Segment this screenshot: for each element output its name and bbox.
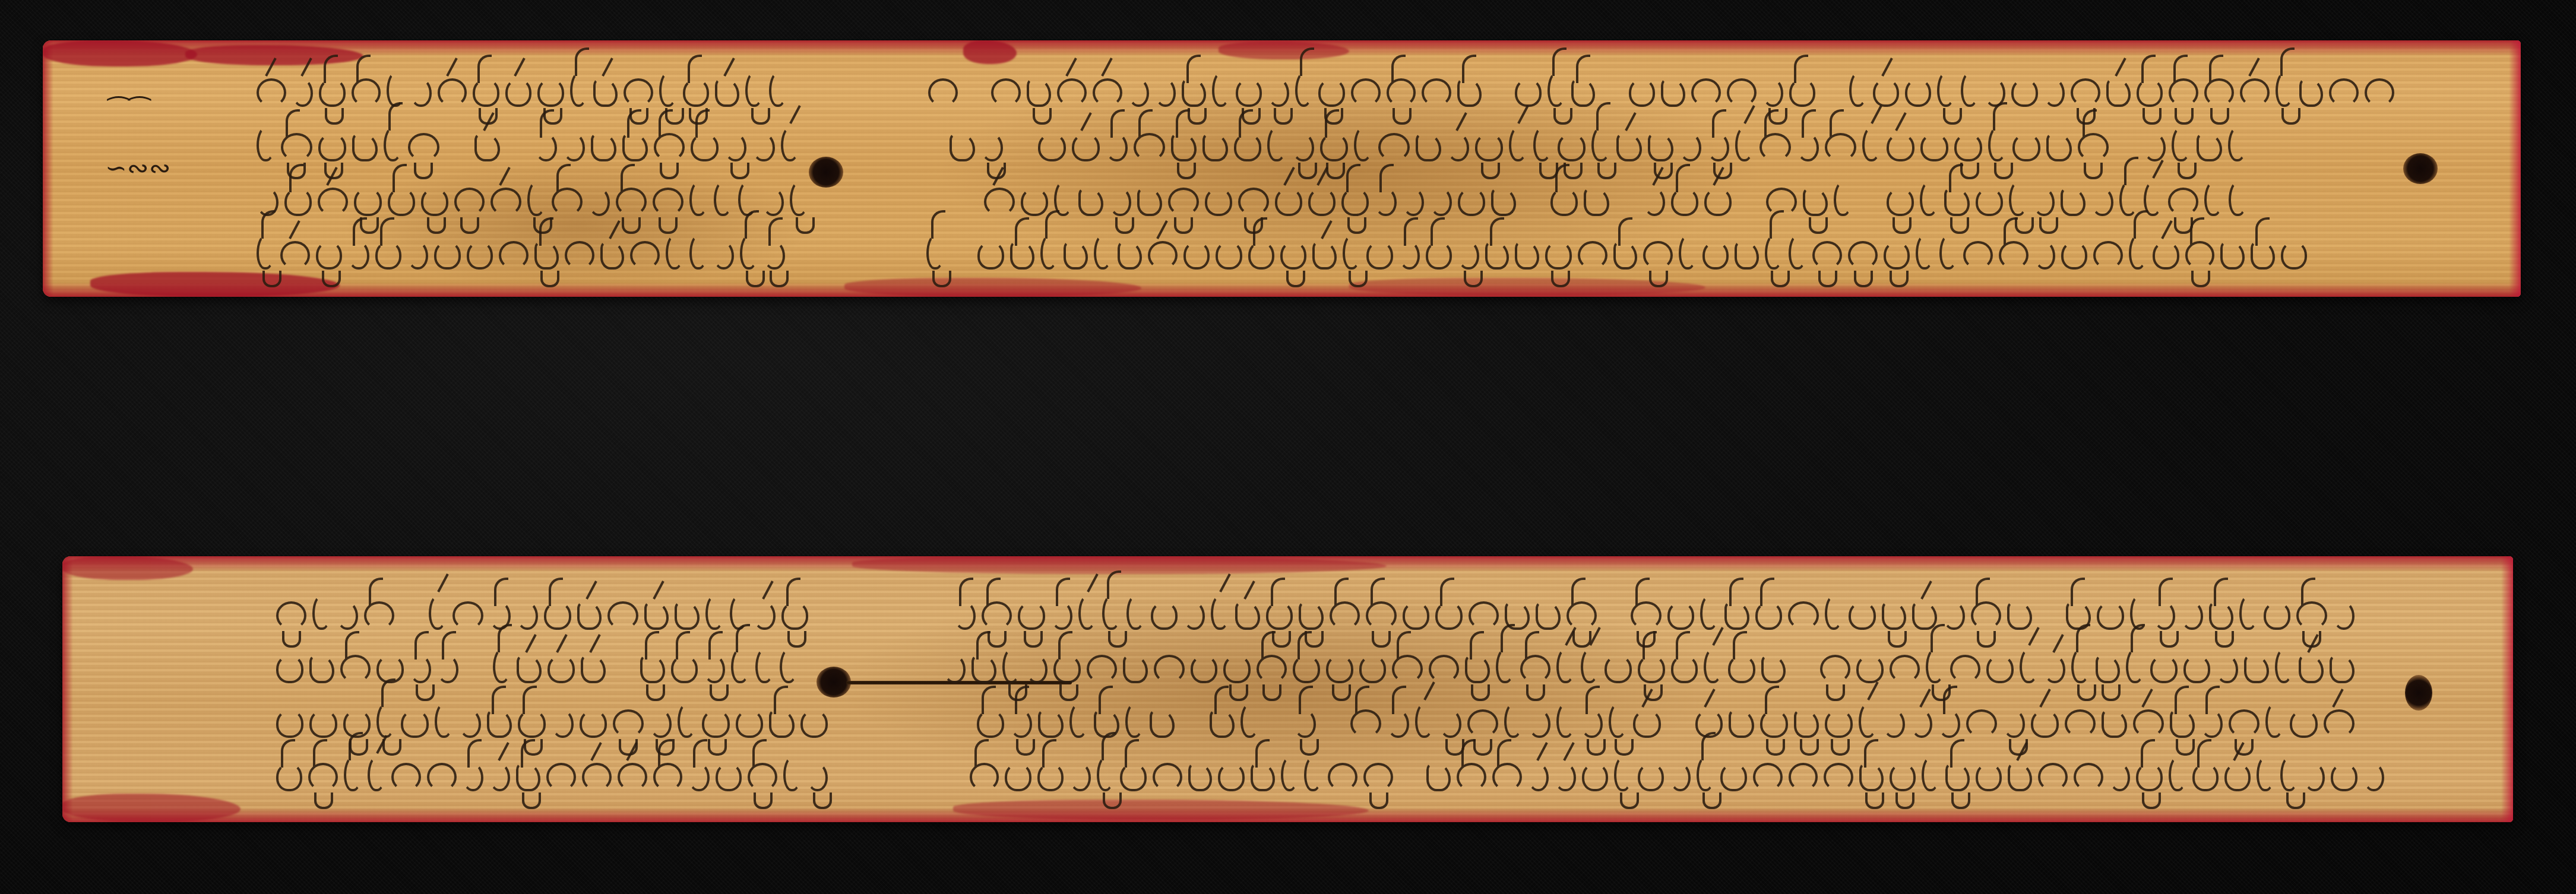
script-glyph xyxy=(2031,709,2058,738)
script-glyph xyxy=(1293,655,1320,683)
script-glyph xyxy=(1882,601,1907,630)
script-glyph xyxy=(1248,241,1274,270)
script-glyph xyxy=(2065,709,2096,738)
script-glyph xyxy=(1188,763,1213,791)
script-glyph xyxy=(1168,188,1199,216)
script-glyph xyxy=(1971,601,2001,630)
script-glyph xyxy=(1205,188,1232,216)
script-glyph xyxy=(1728,655,1755,683)
script-glyph xyxy=(2137,78,2163,107)
script-glyph xyxy=(622,133,648,161)
script-glyph xyxy=(1789,78,1815,107)
script-glyph xyxy=(1848,241,1878,270)
script-glyph xyxy=(1422,78,1451,107)
script-glyph xyxy=(1292,133,1314,161)
script-glyph xyxy=(2061,188,2086,216)
script-glyph xyxy=(1010,709,1032,738)
script-glyph xyxy=(1257,655,1287,683)
script-glyph xyxy=(1954,133,1982,161)
script-glyph xyxy=(1545,241,1571,270)
script-glyph xyxy=(1679,133,1701,161)
script-glyph xyxy=(2096,655,2121,683)
script-glyph xyxy=(352,78,381,107)
script-glyph xyxy=(410,78,431,107)
script-glyph xyxy=(1926,648,1944,683)
script-glyph xyxy=(1038,133,1066,161)
script-glyph xyxy=(1824,763,1853,791)
script-glyph xyxy=(705,594,724,630)
script-glyph xyxy=(630,241,660,270)
script-glyph xyxy=(1644,188,1666,216)
script-glyph xyxy=(600,241,625,270)
script-glyph xyxy=(659,71,677,107)
script-glyph xyxy=(613,709,644,738)
script-glyph xyxy=(715,78,739,107)
script-glyph xyxy=(368,756,385,791)
script-glyph xyxy=(1849,71,1867,107)
script-glyph xyxy=(2153,241,2179,270)
script-glyph xyxy=(1299,601,1324,630)
script-line-1 xyxy=(276,592,2355,630)
script-glyph xyxy=(1905,78,1931,107)
script-glyph xyxy=(731,648,749,683)
script-glyph xyxy=(1465,655,1490,683)
script-glyph xyxy=(537,78,564,107)
script-glyph xyxy=(1567,601,1597,630)
script-glyph xyxy=(1528,709,1550,738)
script-glyph xyxy=(2126,648,2144,683)
script-glyph xyxy=(489,763,510,791)
script-glyph xyxy=(740,234,758,270)
script-glyph xyxy=(1873,78,1899,107)
script-glyph xyxy=(689,180,708,216)
script-glyph xyxy=(1670,763,1691,791)
script-glyph xyxy=(1125,702,1144,738)
script-glyph xyxy=(1937,71,1955,107)
script-glyph xyxy=(2185,241,2215,270)
script-glyph xyxy=(2239,594,2258,630)
script-glyph xyxy=(1097,756,1115,791)
script-glyph xyxy=(2331,763,2357,791)
script-glyph xyxy=(429,594,447,630)
script-glyph xyxy=(1765,234,1783,270)
script-glyph xyxy=(1426,241,1452,270)
script-glyph xyxy=(1202,133,1228,161)
script-glyph xyxy=(2304,763,2325,791)
script-glyph xyxy=(970,763,999,791)
script-glyph xyxy=(1724,601,1749,630)
script-glyph xyxy=(2197,133,2222,161)
red-edge-right xyxy=(2509,40,2521,297)
script-glyph xyxy=(1862,126,1881,161)
script-glyph xyxy=(2044,655,2065,683)
script-glyph xyxy=(1238,188,1269,216)
script-glyph xyxy=(2299,655,2324,683)
script-glyph xyxy=(1938,709,1960,738)
script-glyph xyxy=(1027,78,1051,107)
script-glyph xyxy=(2074,763,2103,791)
script-glyph xyxy=(593,78,618,107)
script-glyph xyxy=(1026,655,1048,683)
script-glyph xyxy=(1037,763,1064,791)
script-glyph xyxy=(1268,78,1289,107)
script-glyph xyxy=(473,78,499,107)
script-glyph xyxy=(387,71,404,107)
script-glyph xyxy=(1235,601,1260,630)
script-glyph xyxy=(1094,234,1112,270)
script-glyph xyxy=(1354,126,1372,161)
script-glyph xyxy=(2012,133,2040,161)
script-glyph xyxy=(1702,241,1729,270)
script-glyph xyxy=(752,133,774,161)
script-glyph xyxy=(2154,601,2175,630)
script-glyph xyxy=(2324,709,2355,738)
script-glyph xyxy=(490,188,521,216)
script-glyph xyxy=(1884,241,1910,270)
script-glyph xyxy=(1154,655,1184,683)
script-glyph xyxy=(1825,594,1843,630)
script-glyph xyxy=(1212,71,1230,107)
script-glyph xyxy=(1735,241,1759,270)
script-glyph xyxy=(463,763,483,791)
script-glyph xyxy=(984,188,1015,216)
script-glyph xyxy=(2183,655,2211,683)
binding-hole-right xyxy=(2405,675,2432,711)
script-glyph xyxy=(1018,601,1045,630)
script-glyph xyxy=(1729,709,1754,738)
script-glyph xyxy=(1556,702,1575,738)
script-line-1 xyxy=(257,69,2394,107)
script-glyph xyxy=(2144,133,2166,161)
script-glyph xyxy=(1887,188,1914,216)
script-glyph xyxy=(1859,702,1877,738)
script-glyph xyxy=(1825,709,1852,738)
script-glyph xyxy=(2003,709,2025,738)
script-glyph xyxy=(1753,763,1783,791)
script-glyph xyxy=(678,702,696,738)
script-glyph xyxy=(1171,133,1197,161)
script-glyph xyxy=(427,763,457,791)
script-glyph xyxy=(493,648,511,683)
script-glyph xyxy=(977,709,1004,738)
script-glyph xyxy=(1890,655,1920,683)
script-glyph xyxy=(755,648,774,683)
script-glyph xyxy=(1697,756,1714,791)
script-glyph xyxy=(654,133,685,161)
script-glyph xyxy=(2192,763,2219,791)
script-glyph xyxy=(552,709,574,738)
script-glyph xyxy=(1326,655,1353,683)
script-glyph xyxy=(452,601,483,630)
script-glyph xyxy=(1308,188,1336,216)
script-glyph xyxy=(807,763,828,791)
script-glyph xyxy=(1151,601,1178,630)
script-glyph xyxy=(1496,648,1514,683)
script-line-3 xyxy=(276,700,2355,738)
script-glyph xyxy=(2204,180,2223,216)
script-glyph xyxy=(1945,763,1970,791)
script-glyph xyxy=(1912,601,1937,630)
script-glyph xyxy=(2209,601,2234,630)
script-glyph xyxy=(650,709,672,738)
script-glyph xyxy=(1825,133,1856,161)
script-glyph xyxy=(1631,601,1661,630)
script-glyph xyxy=(1533,126,1552,161)
script-glyph xyxy=(1294,709,1316,738)
script-glyph xyxy=(1078,594,1097,630)
script-glyph xyxy=(1183,601,1205,630)
script-glyph xyxy=(1426,763,1451,791)
script-glyph xyxy=(577,601,602,630)
script-glyph xyxy=(1581,648,1599,683)
script-glyph xyxy=(1755,601,1783,630)
script-glyph xyxy=(1109,188,1131,216)
script-glyph xyxy=(591,133,616,161)
script-glyph xyxy=(2169,756,2186,791)
script-glyph xyxy=(364,601,394,630)
script-glyph xyxy=(977,241,1004,270)
script-glyph xyxy=(1072,133,1100,161)
script-glyph xyxy=(582,763,612,791)
script-glyph xyxy=(1691,78,1721,107)
script-glyph xyxy=(2257,756,2274,791)
script-glyph xyxy=(1613,241,1638,270)
script-glyph xyxy=(1021,188,1048,216)
script-glyph xyxy=(276,655,303,683)
script-glyph xyxy=(563,133,585,161)
script-glyph xyxy=(474,133,500,161)
script-glyph xyxy=(689,234,707,270)
script-glyph xyxy=(517,655,542,683)
script-glyph xyxy=(2046,133,2072,161)
script-glyph xyxy=(1761,655,1786,683)
script-glyph xyxy=(1240,702,1259,738)
script-glyph xyxy=(1359,655,1387,683)
script-glyph xyxy=(2097,601,2124,630)
script-glyph xyxy=(762,188,784,216)
script-glyph xyxy=(2299,78,2324,107)
script-glyph xyxy=(713,241,734,270)
script-glyph xyxy=(410,655,431,683)
script-glyph xyxy=(1363,763,1393,791)
script-glyph xyxy=(499,241,529,270)
script-glyph xyxy=(1638,763,1664,791)
script-glyph xyxy=(1760,709,1787,738)
script-glyph xyxy=(991,78,1021,107)
script-glyph xyxy=(714,180,732,216)
script-glyph xyxy=(1950,655,1980,683)
script-glyph xyxy=(1667,601,1695,630)
script-glyph xyxy=(437,655,458,683)
script-glyph xyxy=(1038,709,1064,738)
script-glyph xyxy=(1343,234,1360,270)
script-glyph xyxy=(527,180,546,216)
script-glyph xyxy=(1961,71,1979,107)
script-glyph xyxy=(981,133,1003,161)
script-glyph xyxy=(1120,763,1146,791)
script-glyph xyxy=(1794,709,1819,738)
red-edge-left xyxy=(43,40,53,297)
script-glyph xyxy=(1403,601,1430,630)
script-glyph xyxy=(318,188,349,216)
script-glyph xyxy=(644,601,669,630)
script-glyph xyxy=(1191,655,1218,683)
script-glyph xyxy=(1210,709,1235,738)
script-glyph xyxy=(552,188,583,216)
script-glyph xyxy=(535,133,557,161)
script-glyph xyxy=(1988,126,2007,161)
script-glyph xyxy=(1911,709,1933,738)
script-glyph xyxy=(1556,648,1575,683)
script-glyph xyxy=(1040,234,1058,270)
script-glyph xyxy=(1469,601,1499,630)
script-glyph xyxy=(308,763,338,791)
script-glyph xyxy=(683,78,709,107)
script-glyph xyxy=(1591,126,1610,161)
script-glyph xyxy=(1735,126,1754,161)
script-glyph xyxy=(982,601,1012,630)
script-glyph xyxy=(388,188,415,216)
script-glyph xyxy=(280,241,310,270)
script-glyph xyxy=(1548,71,1565,107)
script-glyph xyxy=(1183,241,1210,270)
script-glyph xyxy=(2181,601,2202,630)
script-glyph xyxy=(1922,756,1939,791)
script-glyph xyxy=(640,655,665,683)
script-glyph xyxy=(1106,133,1128,161)
script-glyph xyxy=(1920,133,1948,161)
script-glyph xyxy=(1236,78,1262,107)
script-glyph xyxy=(2011,78,2037,107)
script-glyph xyxy=(284,188,312,216)
script-glyph xyxy=(1118,241,1142,270)
script-glyph xyxy=(375,241,401,270)
script-glyph xyxy=(1281,756,1299,791)
script-glyph xyxy=(1387,709,1409,738)
script-glyph xyxy=(1890,763,1916,791)
script-glyph xyxy=(702,709,729,738)
script-glyph xyxy=(2106,78,2131,107)
script-glyph xyxy=(1087,655,1117,683)
script-glyph xyxy=(534,241,559,270)
red-edge-right xyxy=(2501,556,2513,822)
script-glyph xyxy=(1064,241,1088,270)
script-glyph xyxy=(1584,188,1609,216)
script-glyph xyxy=(407,241,428,270)
script-glyph xyxy=(1267,126,1286,161)
script-glyph xyxy=(376,702,395,738)
script-glyph xyxy=(1638,655,1665,683)
script-glyph xyxy=(548,655,575,683)
script-glyph xyxy=(1458,241,1479,270)
script-glyph xyxy=(790,180,808,216)
script-glyph xyxy=(1312,241,1337,270)
script-glyph xyxy=(1378,133,1410,161)
script-glyph xyxy=(2276,71,2293,107)
script-glyph xyxy=(435,702,453,738)
script-glyph xyxy=(691,133,719,161)
script-glyph xyxy=(944,655,965,683)
script-glyph xyxy=(1341,188,1369,216)
script-glyph xyxy=(434,241,460,270)
script-glyph xyxy=(1182,78,1206,107)
script-glyph xyxy=(1475,133,1503,161)
script-glyph xyxy=(487,709,512,738)
red-edge-left xyxy=(62,556,73,822)
script-glyph xyxy=(1916,234,1933,270)
script-glyph xyxy=(421,188,448,216)
script-glyph xyxy=(2038,763,2068,791)
script-glyph xyxy=(2007,601,2032,630)
script-glyph xyxy=(1571,78,1596,107)
script-glyph xyxy=(736,709,763,738)
script-glyph xyxy=(1616,133,1642,161)
script-glyph xyxy=(769,709,795,738)
script-glyph xyxy=(1550,188,1578,216)
script-glyph xyxy=(1727,78,1757,107)
script-glyph xyxy=(2172,126,2190,161)
script-glyph xyxy=(1789,763,1818,791)
script-glyph xyxy=(2150,655,2178,683)
script-glyph xyxy=(781,126,799,161)
script-glyph xyxy=(971,655,996,683)
script-glyph xyxy=(716,763,742,791)
script-glyph xyxy=(1939,234,1957,270)
script-glyph xyxy=(2020,648,2038,683)
script-glyph xyxy=(1943,601,1964,630)
script-line-4 xyxy=(276,753,2384,791)
script-glyph xyxy=(2091,188,2113,216)
script-glyph xyxy=(1330,601,1360,630)
script-glyph xyxy=(928,78,958,107)
script-glyph xyxy=(1429,655,1459,683)
script-glyph xyxy=(1211,594,1229,630)
script-glyph xyxy=(2216,655,2238,683)
script-glyph xyxy=(1528,763,1549,791)
script-glyph xyxy=(257,78,286,107)
script-glyph xyxy=(2201,709,2223,738)
script-glyph xyxy=(401,709,428,738)
script-glyph xyxy=(2264,601,2291,630)
script-glyph xyxy=(1966,709,1997,738)
script-glyph xyxy=(1491,188,1516,216)
script-glyph xyxy=(781,601,809,630)
script-glyph xyxy=(2228,126,2246,161)
script-glyph xyxy=(607,601,638,630)
script-glyph xyxy=(1093,78,1122,107)
palm-leaf-manuscript-top: ⁀⁀ ∽∾∾ xyxy=(43,40,2521,297)
script-glyph xyxy=(505,78,531,107)
script-glyph xyxy=(1457,78,1482,107)
script-glyph xyxy=(1051,601,1072,630)
script-glyph xyxy=(1430,188,1452,216)
script-glyph xyxy=(2044,78,2065,107)
script-glyph xyxy=(517,601,538,630)
script-glyph xyxy=(384,126,402,161)
binding-hole-right xyxy=(2403,153,2438,184)
script-glyph xyxy=(1234,133,1262,161)
script-glyph xyxy=(1155,78,1176,107)
script-glyph xyxy=(2329,78,2359,107)
script-glyph xyxy=(1999,241,2028,270)
script-glyph xyxy=(764,241,784,270)
script-glyph xyxy=(2204,78,2234,107)
script-glyph xyxy=(257,234,274,270)
script-line-2 xyxy=(276,645,2355,683)
script-glyph xyxy=(2071,78,2100,107)
script-glyph xyxy=(570,71,588,107)
script-glyph xyxy=(2129,234,2147,270)
